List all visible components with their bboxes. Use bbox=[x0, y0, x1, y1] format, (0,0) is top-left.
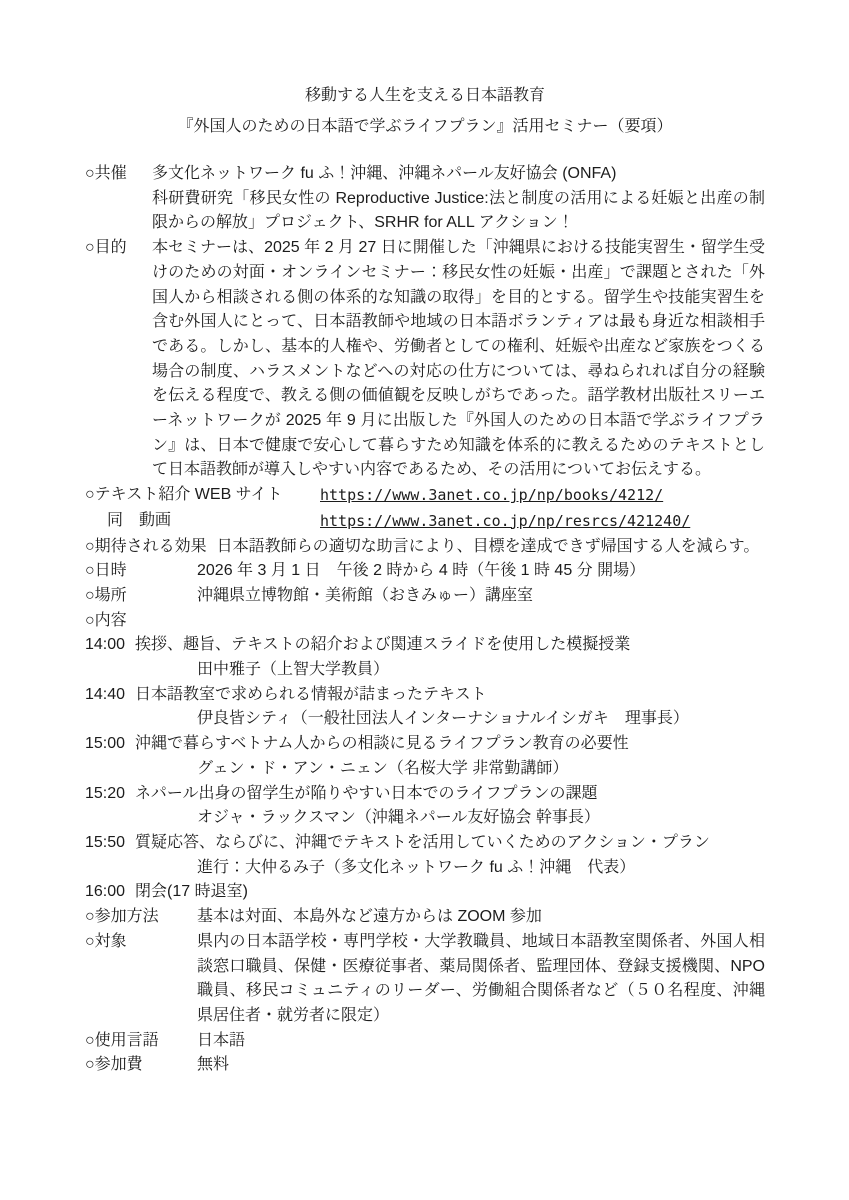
text-video-label: 同 動画 bbox=[85, 509, 171, 534]
schedule-title: 挨拶、趣旨、テキストの紹介および関連スライドを使用した模擬授業 bbox=[135, 633, 765, 658]
text-website-link[interactable]: https://www.3anet.co.jp/np/books/4212/ bbox=[320, 486, 663, 504]
audience-label: ○対象 bbox=[85, 930, 197, 955]
schedule-time: 15:00 bbox=[85, 732, 129, 757]
schedule-speaker: 田中雅子（上智大学教員） bbox=[135, 658, 765, 683]
audience-text: 県内の日本語学校・専門学校・大学教職員、地域日本語教室関係者、外国人相談窓口職員… bbox=[197, 930, 765, 1029]
schedule-item: 14:00 挨拶、趣旨、テキストの紹介および関連スライドを使用した模擬授業 田中… bbox=[85, 633, 765, 682]
document-title: 移動する人生を支える日本語教育 『外国人のための日本語で学ぶライフプラン』活用セ… bbox=[85, 80, 765, 142]
section-cohost: ○共催 多文化ネットワーク fu ふ！沖縄、沖縄ネパール友好協会 (ONFA) … bbox=[85, 162, 765, 236]
fee-label: ○参加費 bbox=[85, 1053, 197, 1078]
expected-effect-label: ○期待される効果 bbox=[85, 535, 207, 560]
section-text-website: ○テキスト紹介 WEB サイト https://www.3anet.co.jp/… bbox=[85, 483, 765, 509]
schedule-time: 15:50 bbox=[85, 831, 129, 856]
schedule-body: 挨拶、趣旨、テキストの紹介および関連スライドを使用した模擬授業 田中雅子（上智大… bbox=[135, 633, 765, 682]
schedule-body: 日本語教室で求められる情報が詰まったテキスト 伊良皆シティ（一般社団法人インター… bbox=[135, 683, 765, 732]
schedule-list: 14:00 挨拶、趣旨、テキストの紹介および関連スライドを使用した模擬授業 田中… bbox=[85, 633, 765, 905]
schedule-body: 沖縄で暮らすベトナム人からの相談に見るライフプラン教育の必要性 グェン・ド・アン… bbox=[135, 732, 765, 781]
section-language: ○使用言語 日本語 bbox=[85, 1029, 765, 1054]
schedule-item: 15:00 沖縄で暮らすベトナム人からの相談に見るライフプラン教育の必要性 グェ… bbox=[85, 732, 765, 781]
schedule-title: 日本語教室で求められる情報が詰まったテキスト bbox=[135, 683, 765, 708]
schedule-time: 14:00 bbox=[85, 633, 129, 658]
text-video-link[interactable]: https://www.3anet.co.jp/np/resrcs/421240… bbox=[320, 512, 690, 530]
section-expected-effect: ○期待される効果 日本語教師らの適切な助言により、目標を達成できず帰国する人を減… bbox=[85, 535, 765, 560]
participation-label: ○参加方法 bbox=[85, 905, 197, 930]
schedule-title: ネパール出身の留学生が陥りやすい日本でのライフプランの課題 bbox=[135, 782, 765, 807]
cohost-content: 多文化ネットワーク fu ふ！沖縄、沖縄ネパール友好協会 (ONFA) 科研費研… bbox=[152, 162, 765, 236]
seminar-outline-document: 移動する人生を支える日本語教育 『外国人のための日本語で学ぶライフプラン』活用セ… bbox=[0, 0, 849, 1200]
venue-text: 沖縄県立博物館・美術館（おきみゅー）講座室 bbox=[197, 584, 765, 609]
schedule-item: 16:00 閉会(17 時退室) bbox=[85, 880, 765, 905]
schedule-body: 閉会(17 時退室) bbox=[135, 880, 765, 905]
schedule-time: 14:40 bbox=[85, 683, 129, 708]
schedule-body: ネパール出身の留学生が陥りやすい日本でのライフプランの課題 オジャ・ラックスマン… bbox=[135, 782, 765, 831]
cohost-label: ○共催 bbox=[85, 162, 152, 187]
purpose-text: 本セミナーは、2025 年 2 月 27 日に開催した「沖縄県における技能実習生… bbox=[152, 236, 765, 483]
expected-effect-text: 日本語教師らの適切な助言により、目標を達成できず帰国する人を減らす。 bbox=[217, 535, 765, 560]
schedule-title: 閉会(17 時退室) bbox=[135, 880, 765, 905]
participation-text: 基本は対面、本島外など遠方からは ZOOM 参加 bbox=[197, 905, 765, 930]
schedule-time: 16:00 bbox=[85, 880, 129, 905]
schedule-item: 14:40 日本語教室で求められる情報が詰まったテキスト 伊良皆シティ（一般社団… bbox=[85, 683, 765, 732]
language-label: ○使用言語 bbox=[85, 1029, 197, 1054]
section-venue: ○場所 沖縄県立博物館・美術館（おきみゅー）講座室 bbox=[85, 584, 765, 609]
schedule-title: 沖縄で暮らすベトナム人からの相談に見るライフプラン教育の必要性 bbox=[135, 732, 765, 757]
schedule-body: 質疑応答、ならびに、沖縄でテキストを活用していくためのアクション・プラン 進行：… bbox=[135, 831, 765, 880]
text-website-url-cell: https://www.3anet.co.jp/np/books/4212/ bbox=[320, 483, 765, 509]
schedule-item: 15:50 質疑応答、ならびに、沖縄でテキストを活用していくためのアクション・プ… bbox=[85, 831, 765, 880]
section-datetime: ○日時 2026 年 3 月 1 日 午後 2 時から 4 時（午後 1 時 4… bbox=[85, 559, 765, 584]
title-line-2: 『外国人のための日本語で学ぶライフプラン』活用セミナー（要項） bbox=[85, 111, 765, 142]
datetime-label: ○日時 bbox=[85, 559, 197, 584]
text-video-url-cell: https://www.3anet.co.jp/np/resrcs/421240… bbox=[320, 509, 765, 535]
datetime-text: 2026 年 3 月 1 日 午後 2 時から 4 時（午後 1 時 45 分 … bbox=[197, 559, 765, 584]
section-text-video: 同 動画 https://www.3anet.co.jp/np/resrcs/4… bbox=[85, 509, 765, 535]
text-website-label: ○テキスト紹介 WEB サイト bbox=[85, 483, 283, 508]
cohost-line-1: 多文化ネットワーク fu ふ！沖縄、沖縄ネパール友好協会 (ONFA) bbox=[152, 162, 765, 187]
schedule-speaker: グェン・ド・アン・ニェン（名桜大学 非常勤講師） bbox=[135, 757, 765, 782]
venue-label: ○場所 bbox=[85, 584, 197, 609]
language-text: 日本語 bbox=[197, 1029, 765, 1054]
schedule-speaker: 伊良皆シティ（一般社団法人インターナショナルイシガキ 理事長） bbox=[135, 707, 765, 732]
schedule-title: 質疑応答、ならびに、沖縄でテキストを活用していくためのアクション・プラン bbox=[135, 831, 765, 856]
contents-label: ○内容 bbox=[85, 609, 127, 634]
section-fee: ○参加費 無料 bbox=[85, 1053, 765, 1078]
title-line-1: 移動する人生を支える日本語教育 bbox=[85, 80, 765, 111]
schedule-time: 15:20 bbox=[85, 782, 129, 807]
purpose-label: ○目的 bbox=[85, 236, 152, 261]
section-participation: ○参加方法 基本は対面、本島外など遠方からは ZOOM 参加 bbox=[85, 905, 765, 930]
section-audience: ○対象 県内の日本語学校・専門学校・大学教職員、地域日本語教室関係者、外国人相談… bbox=[85, 930, 765, 1029]
section-contents: ○内容 bbox=[85, 609, 765, 634]
schedule-item: 15:20 ネパール出身の留学生が陥りやすい日本でのライフプランの課題 オジャ・… bbox=[85, 782, 765, 831]
fee-text: 無料 bbox=[197, 1053, 765, 1078]
section-purpose: ○目的 本セミナーは、2025 年 2 月 27 日に開催した「沖縄県における技… bbox=[85, 236, 765, 483]
cohost-line-2: 科研費研究「移民女性の Reproductive Justice:法と制度の活用… bbox=[152, 187, 765, 236]
schedule-speaker: オジャ・ラックスマン（沖縄ネパール友好協会 幹事長） bbox=[135, 806, 765, 831]
schedule-speaker: 進行：大仲るみ子（多文化ネットワーク fu ふ！沖縄 代表） bbox=[135, 856, 765, 881]
